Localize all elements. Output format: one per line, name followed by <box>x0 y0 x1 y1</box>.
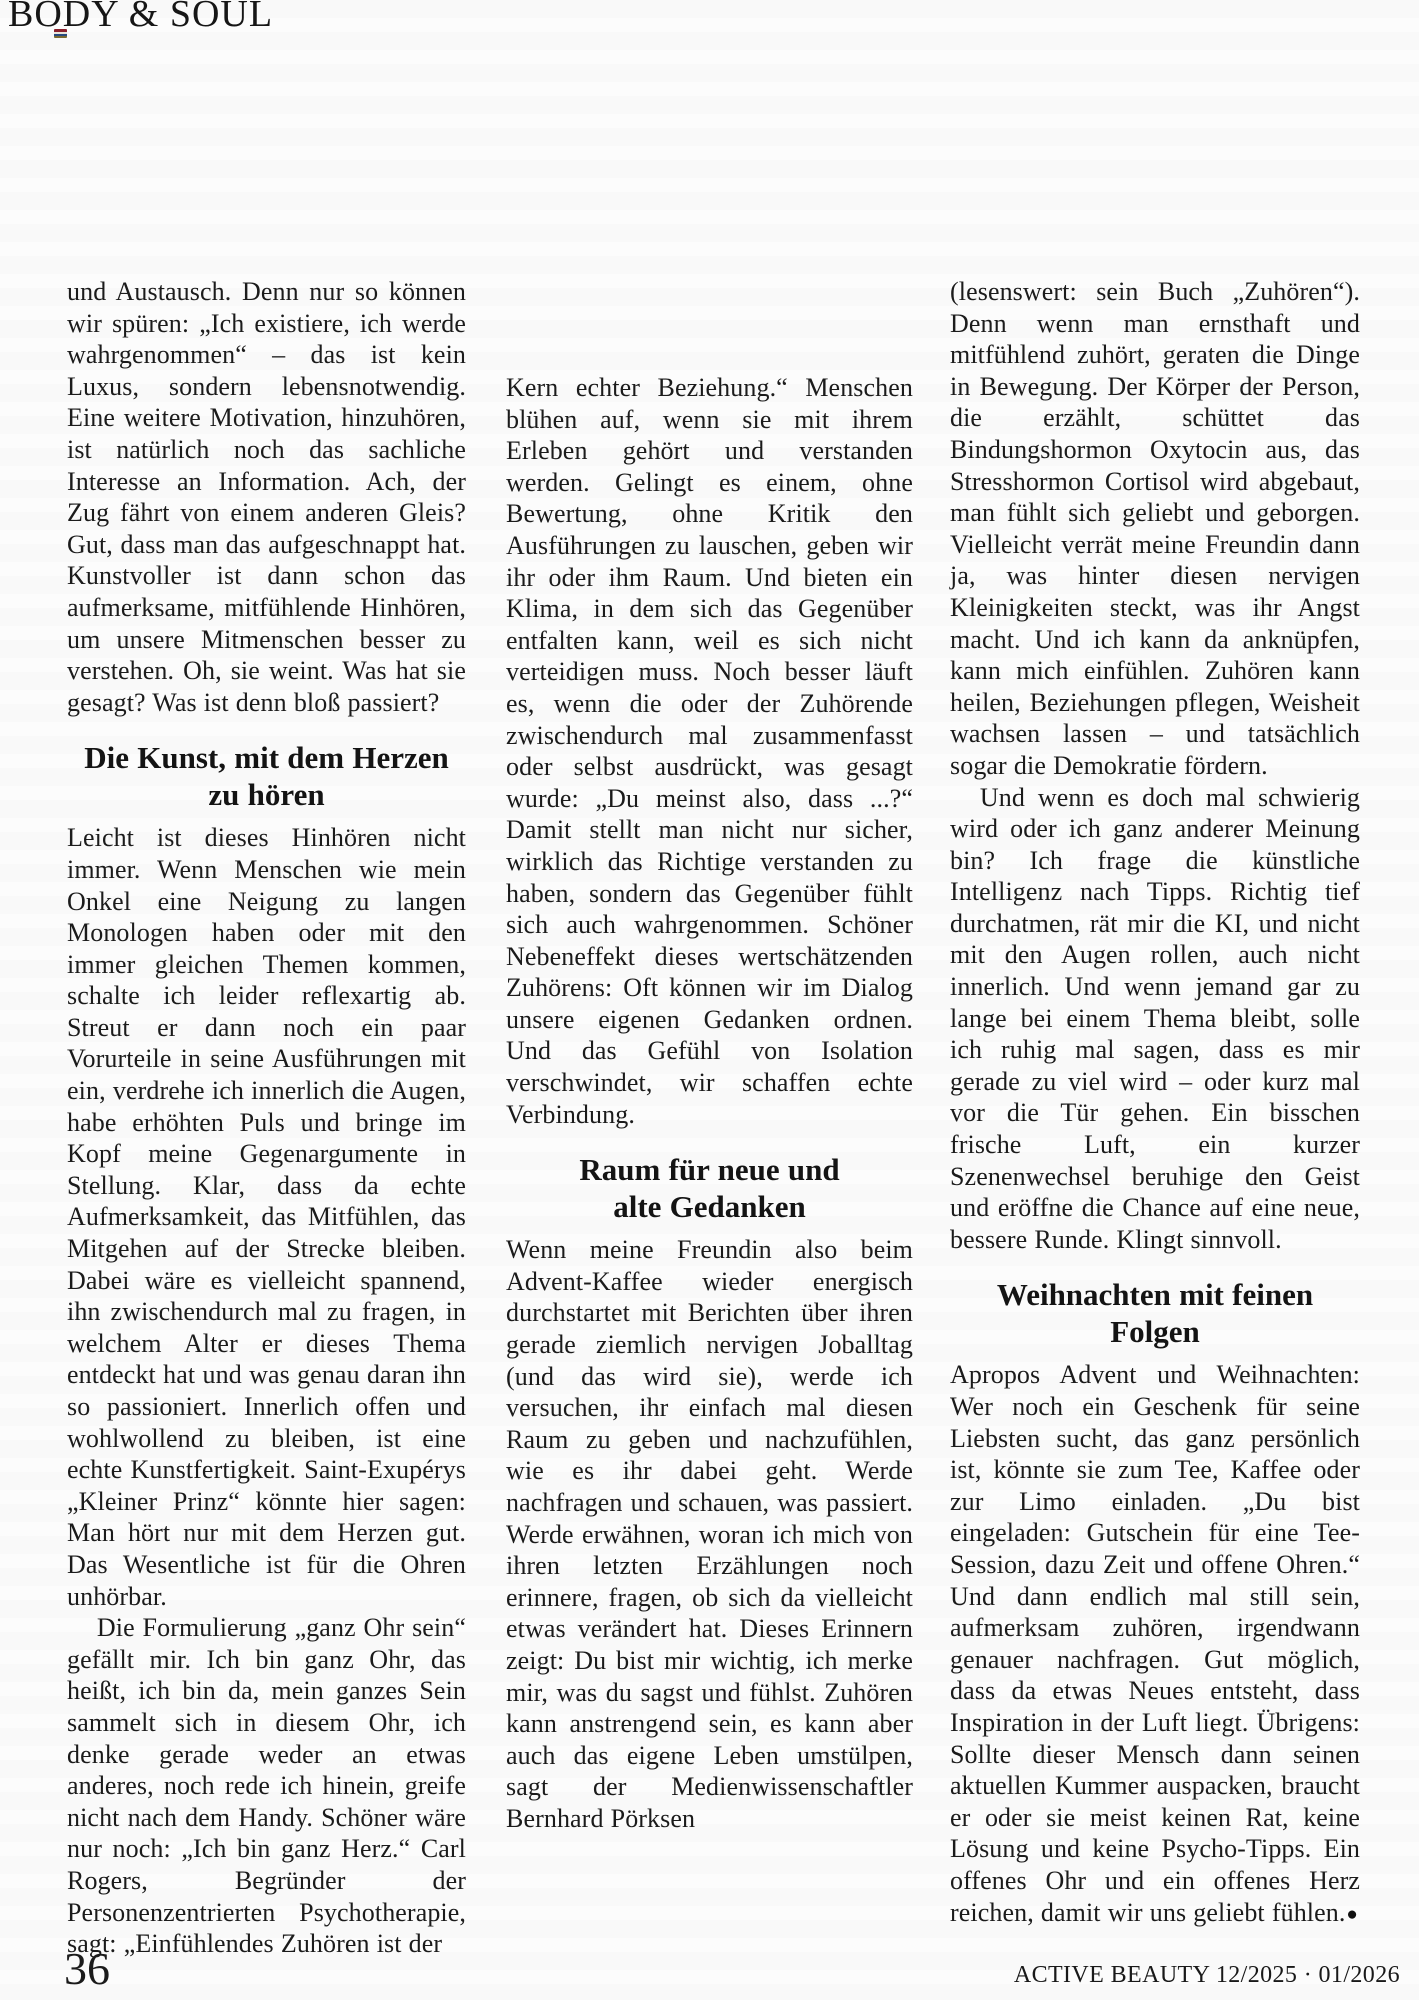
heading-line: Die Kunst, mit dem Herzen <box>67 739 466 776</box>
magazine-page: BODY & SOUL und Austausch. Denn nur so k… <box>0 0 1419 2000</box>
issue-label: ACTIVE BEAUTY 12/2025 · 01/2026 <box>1014 1962 1400 1989</box>
column-heading: Weihnachten mit feinen Folgen <box>950 1276 1360 1350</box>
article-column-3: (lesenswert: sein Buch „Zuhören“). Denn … <box>950 276 1360 1928</box>
heading-line: alte Gedanken <box>506 1188 913 1225</box>
page-number: 36 <box>64 1942 110 1995</box>
article-end-mark: ● <box>1346 1905 1358 1924</box>
section-header: BODY & SOUL <box>8 0 273 36</box>
heading-line: zu hören <box>67 776 466 813</box>
heading-line: Weihnachten mit feinen <box>950 1276 1360 1313</box>
paragraph-text: Apropos Advent und Weihnachten: Wer noch… <box>950 1360 1360 1926</box>
paragraph: Apropos Advent und Weihnachten: Wer noch… <box>950 1359 1360 1928</box>
paragraph: Und wenn es doch mal schwierig wird oder… <box>950 782 1360 1256</box>
column-heading: Die Kunst, mit dem Herzen zu hören <box>67 739 466 813</box>
paragraph: Leicht ist dieses Hinhören nicht immer. … <box>67 822 466 1612</box>
paragraph: und Austausch. Denn nur so können wir sp… <box>67 276 466 718</box>
heading-line: Raum für neue und <box>506 1151 913 1188</box>
article-column-2: Kern echter Beziehung.“ Menschen blühen … <box>506 372 913 1835</box>
column-heading: Raum für neue und alte Gedanken <box>506 1151 913 1225</box>
article-column-1: und Austausch. Denn nur so können wir sp… <box>67 276 466 1960</box>
paragraph: Wenn meine Freundin also beim Advent-Kaf… <box>506 1234 913 1834</box>
paragraph: (lesenswert: sein Buch „Zuhören“). Denn … <box>950 276 1360 782</box>
paragraph: Die Formulierung „ganz Ohr sein“ gefällt… <box>67 1612 466 1960</box>
heading-line: Folgen <box>950 1313 1360 1350</box>
paragraph: Kern echter Beziehung.“ Menschen blühen … <box>506 372 913 1130</box>
masthead-mark <box>54 29 67 38</box>
